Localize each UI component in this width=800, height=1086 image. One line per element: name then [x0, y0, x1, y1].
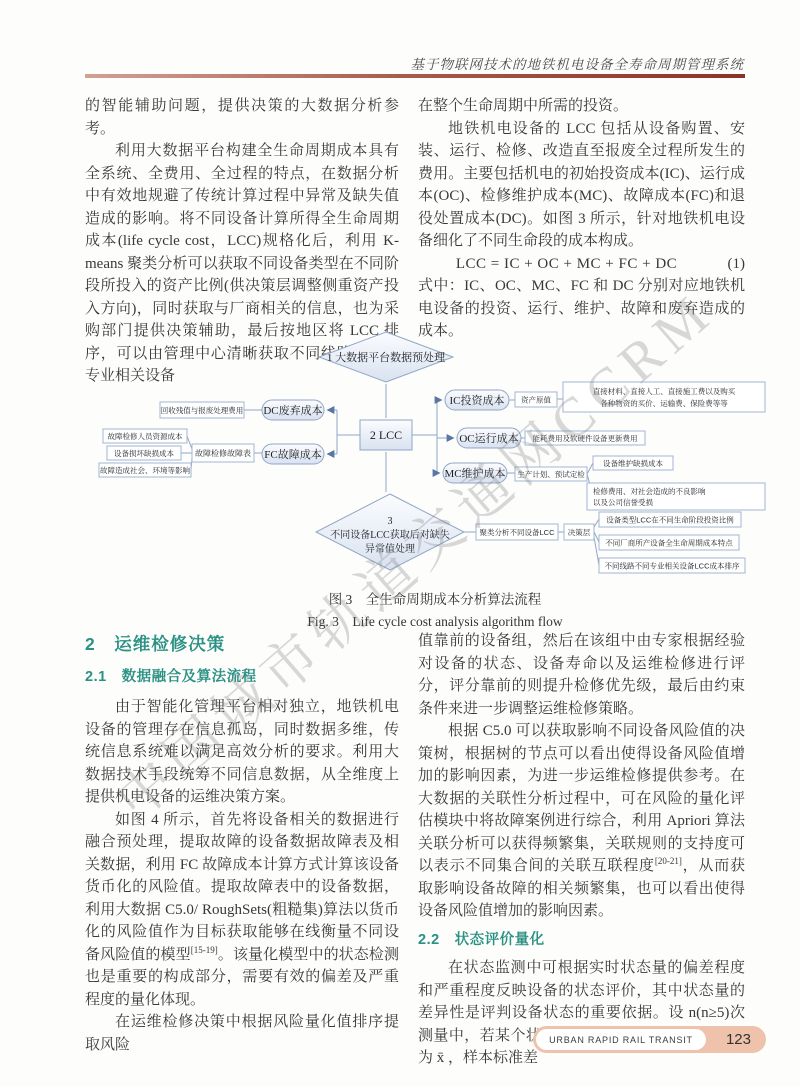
- paragraph: 地铁机电设备的 LCC 包括从设备购置、安装、运行、检修、改造直至报废全过程所发…: [418, 118, 745, 253]
- figure-caption-en: Fig. 3 Life cycle cost analysis algorith…: [85, 610, 785, 630]
- paragraph: 根据 C5.0 可以获取影响不同设备风险值的决策树，根据树的节点可以看出使得设备…: [418, 720, 745, 923]
- box-mc-note-l1: 检修费用、对社会造成的不良影响: [593, 486, 706, 496]
- column-left-bottom: 2 运维检修决策 2.1 数据融合及算法流程 由于智能化管理平台相对独立，地铁机…: [85, 633, 399, 1056]
- node-outlier-l3: 异常值处理: [365, 542, 415, 555]
- box-dc-source-label: 回收残值与报废处理费用: [161, 405, 244, 415]
- figure-caption-zh: 图 3 全生命周期成本分析算法流程: [85, 588, 785, 608]
- paragraph: 的智能辅助问题，提供决策的大数据分析参考。: [85, 95, 399, 140]
- box-fc-source-3-label: 故障造成社会、环境等影响: [100, 465, 190, 475]
- header-rule: [85, 74, 745, 78]
- node-outlier-l1: 3: [388, 516, 393, 527]
- node-oc-label: OC运行成本: [459, 431, 518, 445]
- box-mc-plan-label: 生产计划、预试定检: [517, 469, 585, 479]
- node-mc-label: MC维护成本: [444, 466, 505, 480]
- column-right-bottom: 值靠前的设备组，然后在该组中由专家根据经验对设备的状态、设备寿命以及运维检修进行…: [418, 630, 745, 1070]
- section-heading-2-1: 2.1 数据融合及算法流程: [85, 666, 399, 689]
- equation-number: (1): [715, 253, 745, 276]
- box-cluster-label: 聚类分析不同设备LCC: [479, 527, 555, 537]
- figure-3: 1 大数据平台数据预处理 3 不同设备LCC获取后对缺失 异常值处理 2 LCC…: [85, 330, 785, 630]
- box-mc-defect-label: 设备维护缺损成本: [603, 458, 663, 468]
- box-fc-table-label: 故障检修故障表: [195, 448, 251, 458]
- node-dc-label: DC废弃成本: [263, 403, 322, 417]
- node-ic-label: IC投资成本: [450, 393, 505, 407]
- journal-name-pill: URBAN RAPID RAIL TRANSIT: [536, 1029, 706, 1050]
- paragraph: 如图 4 所示，首先将设备相关的数据进行融合预处理，提取故障的设备数据故障表及相…: [85, 809, 399, 1012]
- box-fc-source-2-label: 设备损坏缺损成本: [114, 448, 174, 458]
- equation-row: LCC = IC + OC + MC + FC + DC (1): [418, 253, 745, 276]
- box-decision-label: 决策层: [568, 527, 591, 537]
- node-outlier-l2: 不同设备LCC获取后对缺失: [330, 528, 449, 541]
- box-result-1-label: 设备类型LCC在不同生命阶段投资比例: [606, 515, 734, 525]
- lcc-flowchart: 1 大数据平台数据预处理 3 不同设备LCC获取后对缺失 异常值处理 2 LCC…: [85, 330, 785, 580]
- box-oc-detail-label: 能耗费用及软硬件设备更新费用: [533, 433, 638, 443]
- footer-banner: URBAN RAPID RAIL TRANSIT 123: [533, 1026, 766, 1053]
- section-heading-2: 2 运维检修决策: [85, 633, 399, 656]
- box-ic-detail-l1: 直接材料、直接人工、直接施工费以及购买: [593, 386, 736, 396]
- box-result-3-label: 不同线路不同专业相关设备LCC成本排序: [604, 561, 740, 571]
- section-heading-2-2: 2.2 状态评价量化: [418, 929, 745, 952]
- box-mc-note-l2: 以及公司信誉受损: [593, 497, 653, 507]
- journal-page: 基于物联网技术的地铁机电设备全寿命周期管理系统 中国城市轨道交通网CCRM 的智…: [0, 0, 800, 1086]
- paragraph: 在运维检修决策中根据风险量化值排序提取风险: [85, 1011, 399, 1056]
- paragraph: 由于智能化管理平台相对独立，地铁机电设备的管理存在信息孤岛，同时数据多维，传统信…: [85, 696, 399, 809]
- box-ic-detail-l2: 各种物资的买价、运输费、保险费等等: [600, 398, 728, 408]
- box-fc-source-1-label: 故障检修人员资源成本: [108, 431, 183, 441]
- box-ic-asset-label: 资产原值: [521, 395, 551, 405]
- paragraph: 在整个生命周期中所需的投资。: [418, 95, 745, 118]
- box-result-2-label: 不同厂商所产设备全生命周期成本特点: [605, 538, 733, 548]
- journal-name: URBAN RAPID RAIL TRANSIT: [549, 1035, 693, 1045]
- running-title: 基于物联网技术的地铁机电设备全寿命周期管理系统: [411, 53, 745, 73]
- page-number: 123: [726, 1026, 751, 1053]
- node-preprocess-label: 1 大数据平台数据预处理: [327, 350, 445, 364]
- paragraph: 值靠前的设备组，然后在该组中由专家根据经验对设备的状态、设备寿命以及运维检修进行…: [418, 630, 745, 720]
- equation: LCC = IC + OC + MC + FC + DC: [418, 253, 715, 276]
- node-lcc-label: 2 LCC: [370, 428, 402, 442]
- node-fc-label: FC故障成本: [264, 447, 321, 461]
- column-right-top: 在整个生命周期中所需的投资。 地铁机电设备的 LCC 包括从设备购置、安装、运行…: [418, 95, 745, 343]
